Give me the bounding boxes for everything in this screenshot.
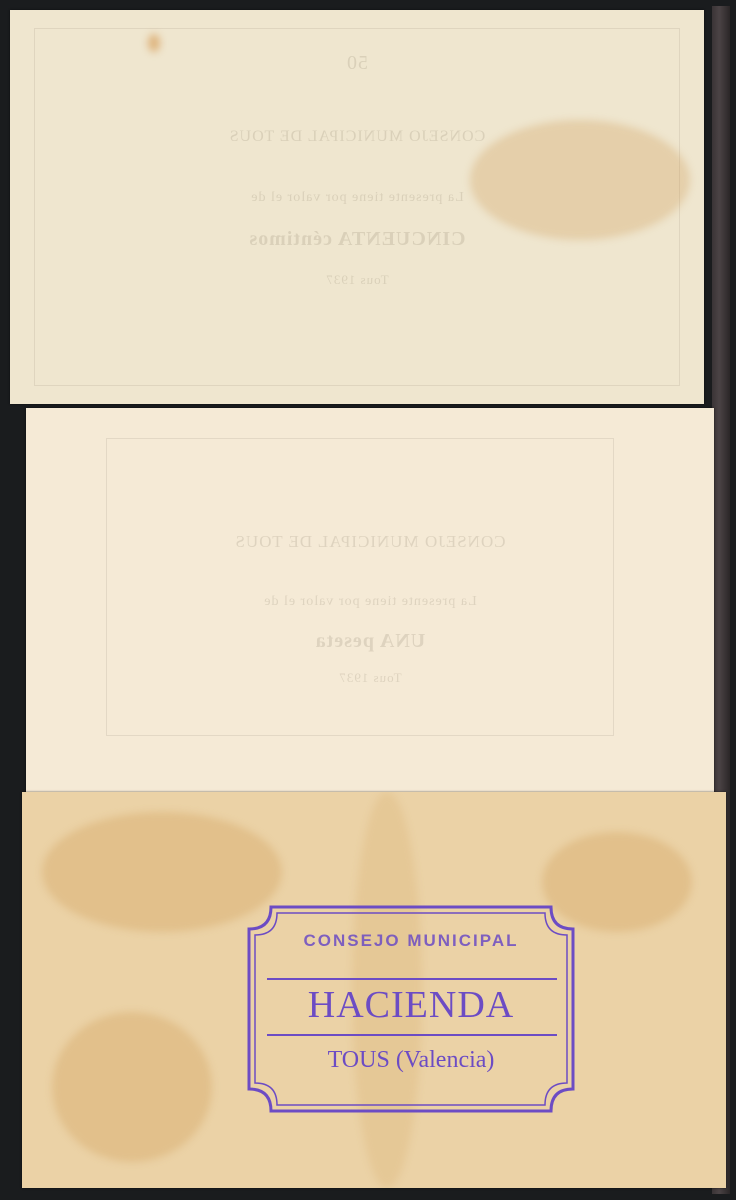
stain	[52, 1012, 212, 1162]
ghost-date: Tous 1937	[26, 670, 714, 686]
stamp-top-text: CONSEJO MUNICIPAL	[247, 931, 575, 951]
ghost-value: UNA peseta	[26, 630, 714, 653]
stain	[148, 34, 160, 52]
ghost-corner-value: 50	[10, 52, 704, 75]
ghost-title: CONSEJO MUNICIPAL DE TOUS	[26, 532, 714, 552]
banknote-1-peseta-reverse: CONSEJO MUNICIPAL DE TOUS La presente ti…	[26, 408, 714, 796]
banknote-stamped-reverse: CONSEJO MUNICIPAL HACIENDA TOUS (Valenci…	[22, 792, 726, 1188]
ghost-line: La presente tiene por valor el de	[26, 594, 714, 610]
ghost-date: Tous 1937	[10, 272, 704, 288]
stamp-location-text: TOUS (Valencia)	[247, 1047, 575, 1074]
ghost-border	[106, 438, 614, 736]
stain	[42, 812, 282, 932]
stamp-main-text: HACIENDA	[247, 983, 575, 1027]
stain	[470, 120, 690, 240]
hacienda-stamp: CONSEJO MUNICIPAL HACIENDA TOUS (Valenci…	[247, 905, 575, 1113]
banknote-50-centimos-reverse: 50 CONSEJO MUNICIPAL DE TOUS La presente…	[10, 10, 704, 404]
